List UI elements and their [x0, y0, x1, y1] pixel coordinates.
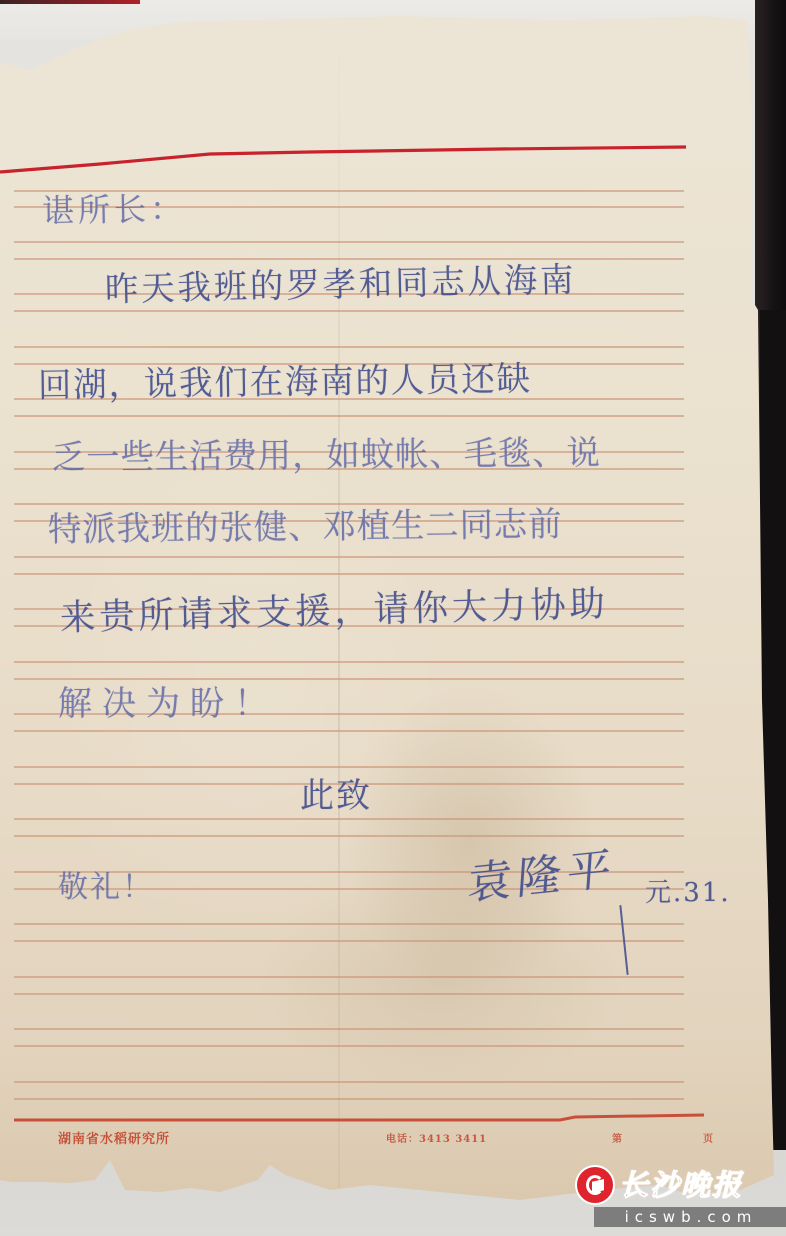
ruled-line: [14, 346, 684, 348]
background-red-object: [0, 0, 140, 4]
letter-body-line: 回湖，说我们在海南的人员还缺: [38, 351, 533, 407]
letter-signature: 袁隆平: [466, 832, 620, 913]
ruled-line: [14, 993, 684, 995]
letter-paper: 谌所长： 昨天我班的罗孝和同志从海南 回湖，说我们在海南的人员还缺 乏一些生活费…: [0, 0, 786, 1236]
ruled-line: [14, 573, 684, 575]
ruled-line: [14, 241, 684, 243]
watermark-url: icswb.com: [594, 1207, 786, 1227]
changsha-evening-news-logo-icon: [575, 1165, 615, 1205]
letterhead-organization: 湖南省水稻研究所: [58, 1128, 170, 1147]
letterhead-phone: 电话：3413 3411: [386, 1130, 487, 1145]
letterhead-page-prefix: 第: [612, 1130, 622, 1145]
ruled-line: [14, 1028, 684, 1030]
letter-body-line: 昨天我班的罗孝和同志从海南: [104, 252, 576, 311]
letter-salutation: 谌所长：: [42, 183, 187, 232]
ruled-line: [14, 940, 684, 942]
header-red-rule: [0, 147, 686, 172]
ruled-line: [14, 976, 684, 978]
ruled-line: [14, 1098, 684, 1100]
letter-closing-jing-li: 敬礼！: [58, 862, 154, 906]
watermark-brand-name: 长沙晚报: [619, 1163, 743, 1204]
letter-body-line: 解决为盼！: [58, 676, 278, 725]
letter-body-line: 乏一些生活费用，如蚊帐、毛毯、说: [52, 425, 601, 479]
ruled-line: [14, 818, 684, 820]
ruled-line: [14, 1081, 684, 1083]
ruled-line: [14, 730, 684, 732]
footer-red-rule: [14, 1115, 704, 1120]
newspaper-watermark: 长沙晚报 icswb.com: [575, 1165, 775, 1227]
ruled-line: [14, 923, 684, 925]
letterhead-page-suffix: 页: [703, 1130, 713, 1145]
letter-closing-ci-zhi: 此致: [300, 768, 372, 817]
letterhead-footer: 湖南省水稻研究所 电话：3413 3411 第 页: [0, 1128, 786, 1152]
ruled-line: [14, 415, 684, 417]
letter-body-line: 来贵所请求支援，请你大力协助: [59, 576, 609, 641]
letter-date: 元.31.: [645, 872, 731, 909]
ruled-line: [14, 661, 684, 663]
letter-body-line: 特派我班的张健、邓植生二同志前: [48, 497, 563, 551]
ruled-line: [14, 556, 684, 558]
ruled-line: [14, 1045, 684, 1047]
